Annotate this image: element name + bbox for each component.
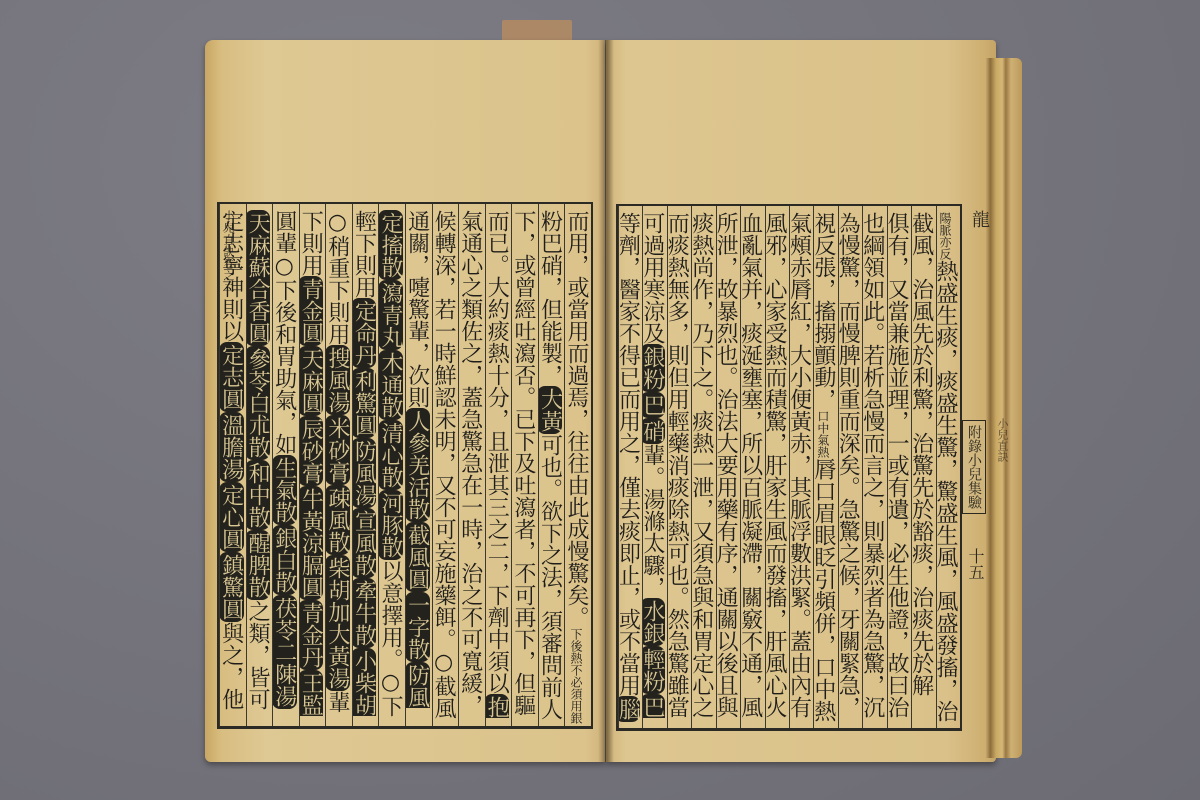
text-column: 定志寧神則以定志圓溫膽湯定心圓鎮驚圓與之，他如太乙	[219, 204, 246, 726]
prescription-name: 和中散	[246, 460, 271, 530]
text-column: 截風，治風先於利驚，治驚先於豁痰，治痰先於解熱，其若四證	[911, 206, 935, 728]
text-column: 圓輩○下後和胃助氣，如生氣散銀白散茯苓二陳湯異功散	[272, 204, 299, 726]
prescription-name: 醒脾散	[246, 530, 271, 600]
text-column: 通關，嚏驚輩，次則人參羌活散截風圓一字散防風散搐風湯	[405, 204, 432, 726]
prescription-name: 水銀	[642, 598, 664, 646]
body-text: 而用，或當用而過焉，往往由此成慢驚矣。	[564, 210, 589, 628]
text-column: 天麻蘇合香圓參苓白朮散和中散醒脾散之類，皆可選用○	[246, 204, 273, 726]
prescription-name: 柴胡加大黃湯	[325, 555, 350, 691]
body-text: 輩。湯滌太驟，	[642, 444, 664, 598]
body-text: 定志寧神則以	[219, 210, 244, 342]
prescription-name: 定心圓	[219, 482, 244, 552]
text-column: 視反張，搐搦顫動，口中氣熱脣口眉眼眨引頻併，口中熱	[813, 206, 837, 728]
prescription-name: 參苓白朮散	[246, 346, 271, 460]
prescription-name: 溫膽湯	[219, 412, 244, 482]
prescription-name: 天麻圓	[299, 346, 324, 416]
text-column: 輕下則用定命丹利驚圓防風湯宣風散牽牛散小柴胡湯輩	[352, 204, 379, 726]
prescription-name: 定志圓	[219, 342, 244, 412]
body-text: 也綱領如此。若析急慢而言之，則暴烈者為急驚，沉重者	[862, 212, 884, 718]
chapter-heading: 附錄小兒集驗	[962, 420, 986, 514]
body-text: 而已。大約痰熱十分，且泄其三之二，下劑中須以	[485, 210, 510, 694]
body-text: 視反張，搐搦顫動，	[813, 212, 835, 410]
text-column: 為慢驚，而慢脾則重而深矣。急驚之候，牙關緊急，壯熱涎潮，竄	[838, 206, 862, 728]
prescription-name: 生氣散	[272, 455, 297, 525]
page-number: 十五	[964, 548, 987, 580]
body-text: 所泄，故暴烈也。治法大要用藥有序，通關以後且與截風定搐，	[716, 212, 738, 718]
body-text: 圓輩○下後和胃助氣，如	[272, 210, 297, 455]
prescription-name: 定命丹	[352, 298, 377, 368]
body-text: 氣通心之類佐之，蓋急驚急在一時，治之不可寬緩，稍緩則證	[458, 210, 483, 716]
annotation-text: 陽脈亦反	[938, 212, 952, 260]
prescription-name: 青金圓	[299, 276, 324, 346]
text-column: 而痰熱無多，則但用輕藥消痰除熱可也。然急驚雖當下，切不	[667, 206, 691, 728]
body-text: 等劑，醫家不得已而用之，僅去痰即止，或不當用	[618, 212, 640, 696]
text-column: 也綱領如此。若析急慢而言之，則暴烈者為急驚，沉重者	[862, 206, 886, 728]
text-column: 而用，或當用而過焉，往往由此成慢驚矣。下後熱不必須用銀	[564, 204, 591, 726]
text-column: 而已。大約痰熱十分，且泄其三之二，下劑中須以抱龍寬氣寬	[485, 204, 512, 726]
body-text: 血亂氣并，痰涎壅塞，所以百脈凝滯，關竅不通，風氣蓄盛而無	[740, 212, 762, 718]
prescription-name: 牛黃涼膈圓	[299, 486, 324, 600]
body-text: 痰熱尚作，乃下之。痰熱一泄，又須急與和胃定心之劑，如搐定	[691, 212, 713, 718]
prescription-name: 疎風散	[325, 485, 350, 555]
text-column: 所泄，故暴烈也。治法大要用藥有序，通關以後且與截風定搐，	[716, 206, 740, 728]
body-text: 可過用寒涼及	[642, 212, 664, 344]
body-text: 候轉深，若一時鮮認未明，又不可妄施藥餌。○截風定搐先與	[432, 210, 457, 719]
text-column: 等劑，醫家不得已而用之，僅去痰即止，或不當用腦麝	[618, 206, 642, 728]
prescription-name: 瀉青丸	[378, 280, 403, 350]
prescription-name: 宣風散	[352, 508, 377, 578]
prescription-name: 定搐散	[378, 210, 403, 280]
body-text: 通關，嚏驚輩，次則	[405, 210, 430, 408]
prescription-name: 截風圓	[405, 522, 430, 592]
text-column: 氣通心之類佐之，蓋急驚急在一時，治之不可寬緩，稍緩則證	[458, 204, 485, 726]
prescription-name: 一字散	[405, 592, 430, 662]
text-column: 痰熱尚作，乃下之。痰熱一泄，又須急與和胃定心之劑，如搐定	[691, 206, 715, 728]
text-column: 氣頰赤脣紅，大小便黃赤，其脈浮數洪緊。蓋由內有實熱，外挾	[789, 206, 813, 728]
body-text: 俱有，又當兼施並理，一或有遺，必生他證，故曰治有先後，著此	[887, 212, 909, 718]
text-column: 粉巴硝，但能製，大黃可也。欲下之法，須審問前人已下未	[538, 204, 565, 726]
prescription-name: 巴	[642, 392, 664, 418]
prescription-name: 大黃	[538, 386, 563, 434]
text-column: ○稍重下則用搜風湯米砂膏疎風散柴胡加大黃湯輩○重	[325, 204, 352, 726]
annotation-text: 口中氣熱	[816, 410, 830, 458]
prescription-name: 青金丹	[299, 600, 324, 670]
prescription-name: 輕粉	[642, 646, 664, 694]
body-text: 截風，治風先於利驚，治驚先於豁痰，治痰先於解熱，其若四證	[911, 212, 933, 696]
text-column: 血亂氣并，痰涎壅塞，所以百脈凝滯，關竅不通，風氣蓄盛而無	[740, 206, 764, 728]
prescription-name: 牽牛散	[352, 578, 377, 648]
body-text: 熱盛生痰，痰盛生驚，驚盛生風，風盛發搐，治搐先於	[936, 212, 958, 722]
body-text: 脣口眉眼眨引頻併，口中熱	[813, 458, 835, 722]
prescription-name: 木通散	[378, 350, 403, 420]
prescription-name: 人參羌活散	[405, 408, 430, 522]
body-text: 而痰熱無多，則但用輕藥消痰除熱可也。然急驚雖當下，切不	[667, 212, 689, 718]
right-margin-mark: 龍	[966, 210, 992, 229]
fore-edge: 小兒直訣	[986, 58, 1022, 758]
body-text: ○稍重下則用	[325, 210, 350, 345]
body-text: 風邪，心家受熱而積驚，肝家生風而發搐，肝風心火二臟交爭，	[765, 212, 787, 718]
text-column: 陽脈亦反熱盛生痰，痰盛生驚，驚盛生風，風盛發搐，治搐先於	[936, 206, 960, 728]
prescription-name: 米砂膏	[325, 415, 350, 485]
text-column: 候轉深，若一時鮮認未明，又不可妄施藥餌。○截風定搐先與	[432, 204, 459, 726]
body-text: 為慢驚，而慢脾則重而深矣。急驚之候，牙關緊急，壯熱涎潮，竄	[838, 212, 860, 718]
body-text: 輕下則用	[352, 210, 377, 298]
text-column: 俱有，又當兼施並理，一或有遺，必生他證，故曰治有先後，著此	[887, 206, 911, 728]
body-text: 氣頰赤脣紅，大小便黃赤，其脈浮數洪緊。蓋由內有實熱，外挾	[789, 212, 811, 718]
annotation-text: 下後熱不必須用銀	[569, 628, 583, 724]
text-column: 定搐散瀉青丸木通散清心散河豚散以意擇用。○下劑有三	[378, 204, 405, 726]
prescription-name: 銀白散	[272, 525, 297, 595]
text-column: 風邪，心家受熱而積驚，肝家生風而發搐，肝風心火二臟交爭，	[765, 206, 789, 728]
fore-edge-title: 小兒直訣	[994, 418, 1010, 462]
prescription-name: 防風湯	[352, 438, 377, 508]
text-column: 下則用青金圓天麻圓辰砂膏牛黃涼膈圓青金丹王監京墨圓	[299, 204, 326, 726]
body-text: 下則用	[299, 210, 324, 276]
prescription-name: 茯苓二陳湯	[272, 595, 297, 709]
body-text: 下，或曾經吐瀉否。已下及吐瀉者，不可再下，但驅風化痰消熱	[511, 210, 536, 716]
prescription-name: 天麻蘇合香圓	[246, 210, 271, 346]
prescription-name: 腦	[618, 696, 640, 722]
text-column: 下，或曾經吐瀉否。已下及吐瀉者，不可再下，但驅風化痰消熱	[511, 204, 538, 726]
body-text: 粉巴硝，但能製，	[538, 210, 563, 386]
right-text-frame: 陽脈亦反熱盛生痰，痰盛生驚，驚盛生風，風盛發搐，治搐先於截風，治風先於利驚，治驚…	[616, 204, 962, 731]
prescription-name: 硝	[642, 418, 664, 444]
left-text-frame: 而用，或當用而過焉，往往由此成慢驚矣。下後熱不必須用銀粉巴硝，但能製，大黃可也。…	[217, 202, 593, 729]
prescription-name: 搜風湯	[325, 345, 350, 415]
book-gutter	[598, 40, 614, 762]
prescription-name: 銀粉	[642, 344, 664, 392]
prescription-name: 清心散	[378, 420, 403, 490]
prescription-name: 利驚圓	[352, 368, 377, 438]
text-column: 可過用寒涼及銀粉巴硝輩。湯滌太驟，水銀輕粉巴豆芒硝	[642, 206, 666, 728]
prescription-name: 辰砂膏	[299, 416, 324, 486]
prescription-name: 鎮驚圓	[219, 552, 244, 622]
prescription-name: 河豚散	[378, 490, 403, 560]
